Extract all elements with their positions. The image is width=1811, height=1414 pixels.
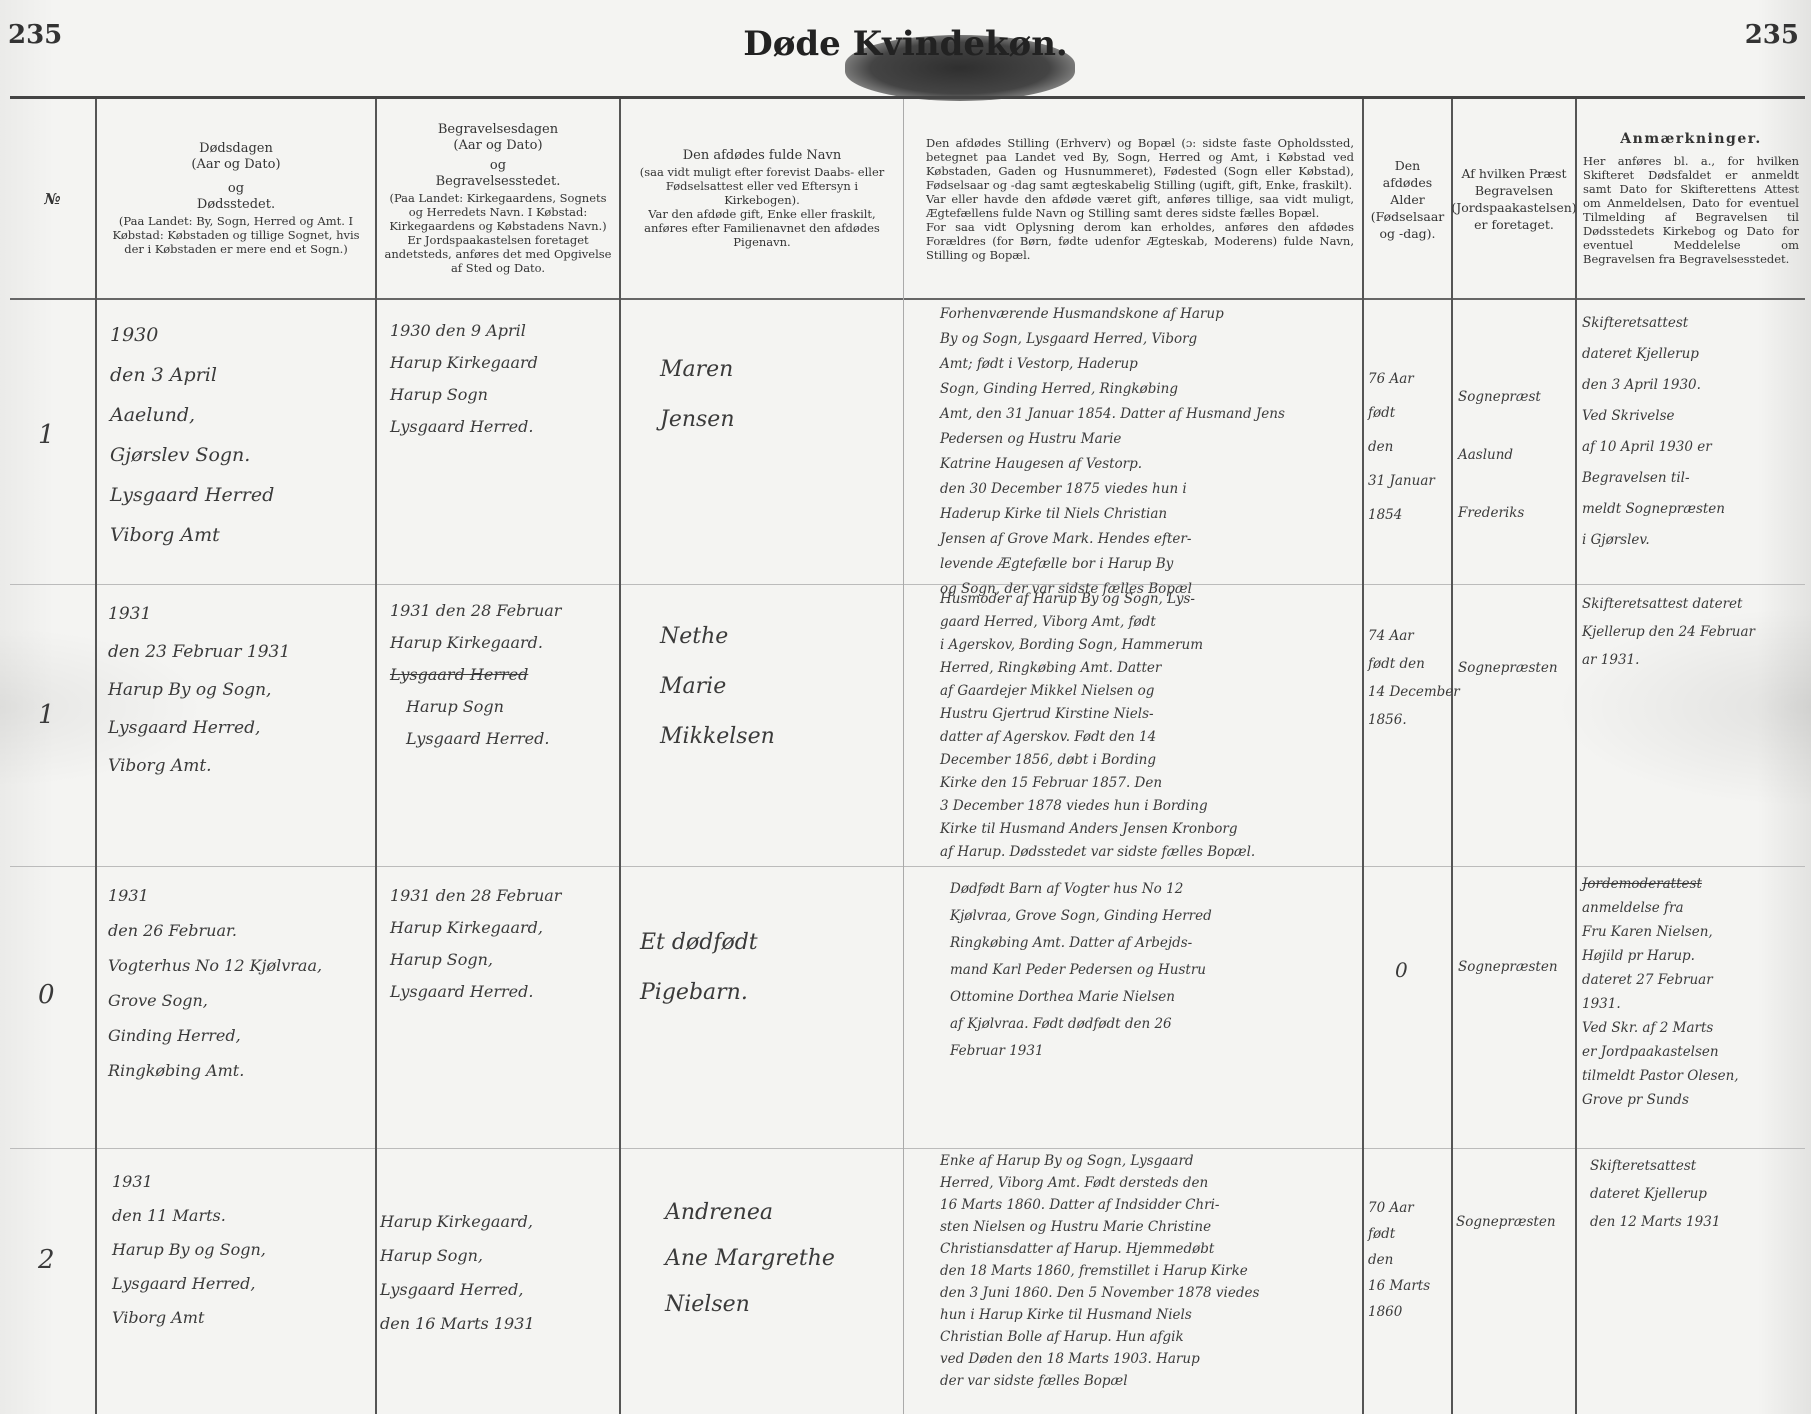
entry-number: 2 bbox=[38, 1245, 55, 1275]
header-name-main: Den afdødes fulde Navn bbox=[627, 149, 897, 163]
header-priest: Af hvilken Præst Begravelsen (Jordspaaka… bbox=[1453, 100, 1575, 298]
header-age: Den afdødes Alder (Fødselsaar og -dag). bbox=[1364, 100, 1451, 298]
header-burial: Begravelsesdagen (Aar og Dato) og Begrav… bbox=[377, 100, 619, 298]
header-burial-sub: (Aar og Dato) bbox=[383, 139, 613, 153]
header-burial-main: Begravelsesdagen bbox=[383, 123, 613, 137]
entry-name: Maren Jensen bbox=[660, 345, 735, 445]
header-burial-note2: Er Jordspaakastelsen foretaget andetsted… bbox=[383, 233, 613, 275]
entry-burial-struck: Lysgaard Herred bbox=[390, 659, 561, 691]
entry-burial: 1931 den 28 Februar Harup Kirkegaard, Ha… bbox=[390, 880, 561, 1008]
entry-death: 1931 den 26 Februar. Vogterhus No 12 Kjø… bbox=[108, 878, 322, 1088]
page-title: Døde Kvindekøn. bbox=[0, 24, 1811, 64]
entry-occupation: Enke af Harup By og Sogn, Lysgaard Herre… bbox=[940, 1150, 1259, 1392]
header-name-note2: Var den afdøde gift, Enke eller fraskilt… bbox=[627, 207, 897, 249]
top-rule bbox=[10, 96, 1805, 99]
entry-remarks: Skifteretsattest dateret Kjellerup den 3… bbox=[1582, 308, 1725, 556]
header-death-og: og bbox=[103, 182, 369, 196]
header-rule bbox=[10, 298, 1805, 300]
entry-number: 1 bbox=[38, 700, 55, 730]
entry-remarks-text: anmeldelse fra Fru Karen Nielsen, Højild… bbox=[1582, 896, 1739, 1112]
row-divider bbox=[10, 1148, 1805, 1149]
entry-death: 1931 den 23 Februar 1931 Harup By og Sog… bbox=[108, 595, 290, 785]
entry-age: 70 Aar født den 16 Marts 1860 bbox=[1368, 1195, 1430, 1325]
entry-age: 0 bbox=[1395, 955, 1408, 985]
header-name-note: (saa vidt muligt efter forevist Daabs- e… bbox=[627, 165, 897, 207]
entry-age: 74 Aar født den 14 December 1856. bbox=[1368, 622, 1460, 734]
header-death-place: Dødsstedet. bbox=[103, 198, 369, 212]
entry-death: 1930 den 3 April Aaelund, Gjørslev Sogn.… bbox=[110, 315, 274, 555]
header-name: Den afdødes fulde Navn (saa vidt muligt … bbox=[621, 100, 903, 298]
entry-burial: 1930 den 9 April Harup Kirkegaard Harup … bbox=[390, 315, 538, 443]
entry-priest: Sognepræsten bbox=[1456, 1210, 1556, 1235]
entry-name: Et dødfødt Pigebarn. bbox=[640, 918, 758, 1018]
header-occupation-p2: Var eller havde den afdøde været gift, a… bbox=[926, 192, 1354, 220]
entry-burial: Harup Kirkegaard, Harup Sogn, Lysgaard H… bbox=[380, 1205, 535, 1341]
header-remarks: Anmærkninger. Her anføres bl. a., for hv… bbox=[1577, 100, 1805, 298]
entry-occupation: Dødfødt Barn af Vogter hus No 12 Kjølvra… bbox=[950, 876, 1212, 1065]
header-burial-og: og bbox=[383, 159, 613, 173]
entry-priest: Sognepræsten bbox=[1458, 955, 1558, 980]
entry-burial: 1931 den 28 Februar Harup Kirkegaard. Ly… bbox=[390, 595, 561, 755]
entry-name: Andrenea Ane Margrethe Nielsen bbox=[665, 1190, 835, 1328]
entry-number: 1 bbox=[38, 420, 55, 450]
entry-burial-text2: Harup Sogn Lysgaard Herred. bbox=[390, 691, 561, 755]
header-occupation: Den afdødes Stilling (Erhverv) og Bopæl … bbox=[920, 100, 1360, 298]
header-death-sub: (Aar og Dato) bbox=[103, 158, 369, 172]
entry-occupation: Husmoder af Harup By og Sogn, Lys- gaard… bbox=[940, 588, 1255, 864]
header-occupation-p1: Den afdødes Stilling (Erhverv) og Bopæl … bbox=[926, 136, 1354, 192]
entry-priest: Sognepræst Aaslund Frederiks bbox=[1458, 368, 1541, 542]
row-divider bbox=[10, 866, 1805, 867]
row-divider bbox=[10, 584, 1805, 585]
header-number: № bbox=[10, 100, 95, 298]
entry-number: 0 bbox=[38, 980, 55, 1010]
header-occupation-p3: For saa vidt Oplysning derom kan erholde… bbox=[926, 220, 1354, 262]
header-death-main: Dødsdagen bbox=[103, 142, 369, 156]
entry-name: Nethe Marie Mikkelsen bbox=[660, 612, 775, 762]
entry-remarks: Skifteretsattest dateret Kjellerup den 1… bbox=[1590, 1152, 1720, 1236]
header-remarks-note: Her anføres bl. a., for hvilken Skiftere… bbox=[1583, 154, 1799, 266]
entry-remarks-struck: Jordemoderattest bbox=[1582, 872, 1739, 896]
entry-remarks: Jordemoderattest anmeldelse fra Fru Kare… bbox=[1582, 872, 1739, 1112]
header-burial-note: (Paa Landet: Kirkegaardens, Sognets og H… bbox=[383, 191, 613, 233]
entry-remarks: Skifteretsattest dateret Kjellerup den 2… bbox=[1582, 590, 1755, 674]
entry-death: 1931 den 11 Marts. Harup By og Sogn, Lys… bbox=[112, 1165, 266, 1335]
page-fold bbox=[903, 99, 904, 1414]
header-remarks-title: Anmærkninger. bbox=[1583, 132, 1799, 146]
header-death: Dødsdagen (Aar og Dato) og Dødsstedet. (… bbox=[97, 100, 375, 298]
entry-occupation: Forhenværende Husmandskone af Harup By o… bbox=[940, 302, 1285, 602]
header-death-note: (Paa Landet: By, Sogn, Herred og Amt. I … bbox=[103, 214, 369, 256]
entry-priest: Sognepræsten bbox=[1458, 656, 1558, 681]
entry-age: 76 Aar født den 31 Januar 1854 bbox=[1368, 362, 1435, 532]
entry-burial-text: 1931 den 28 Februar Harup Kirkegaard. bbox=[390, 595, 561, 659]
header-burial-place: Begravelsesstedet. bbox=[383, 175, 613, 189]
